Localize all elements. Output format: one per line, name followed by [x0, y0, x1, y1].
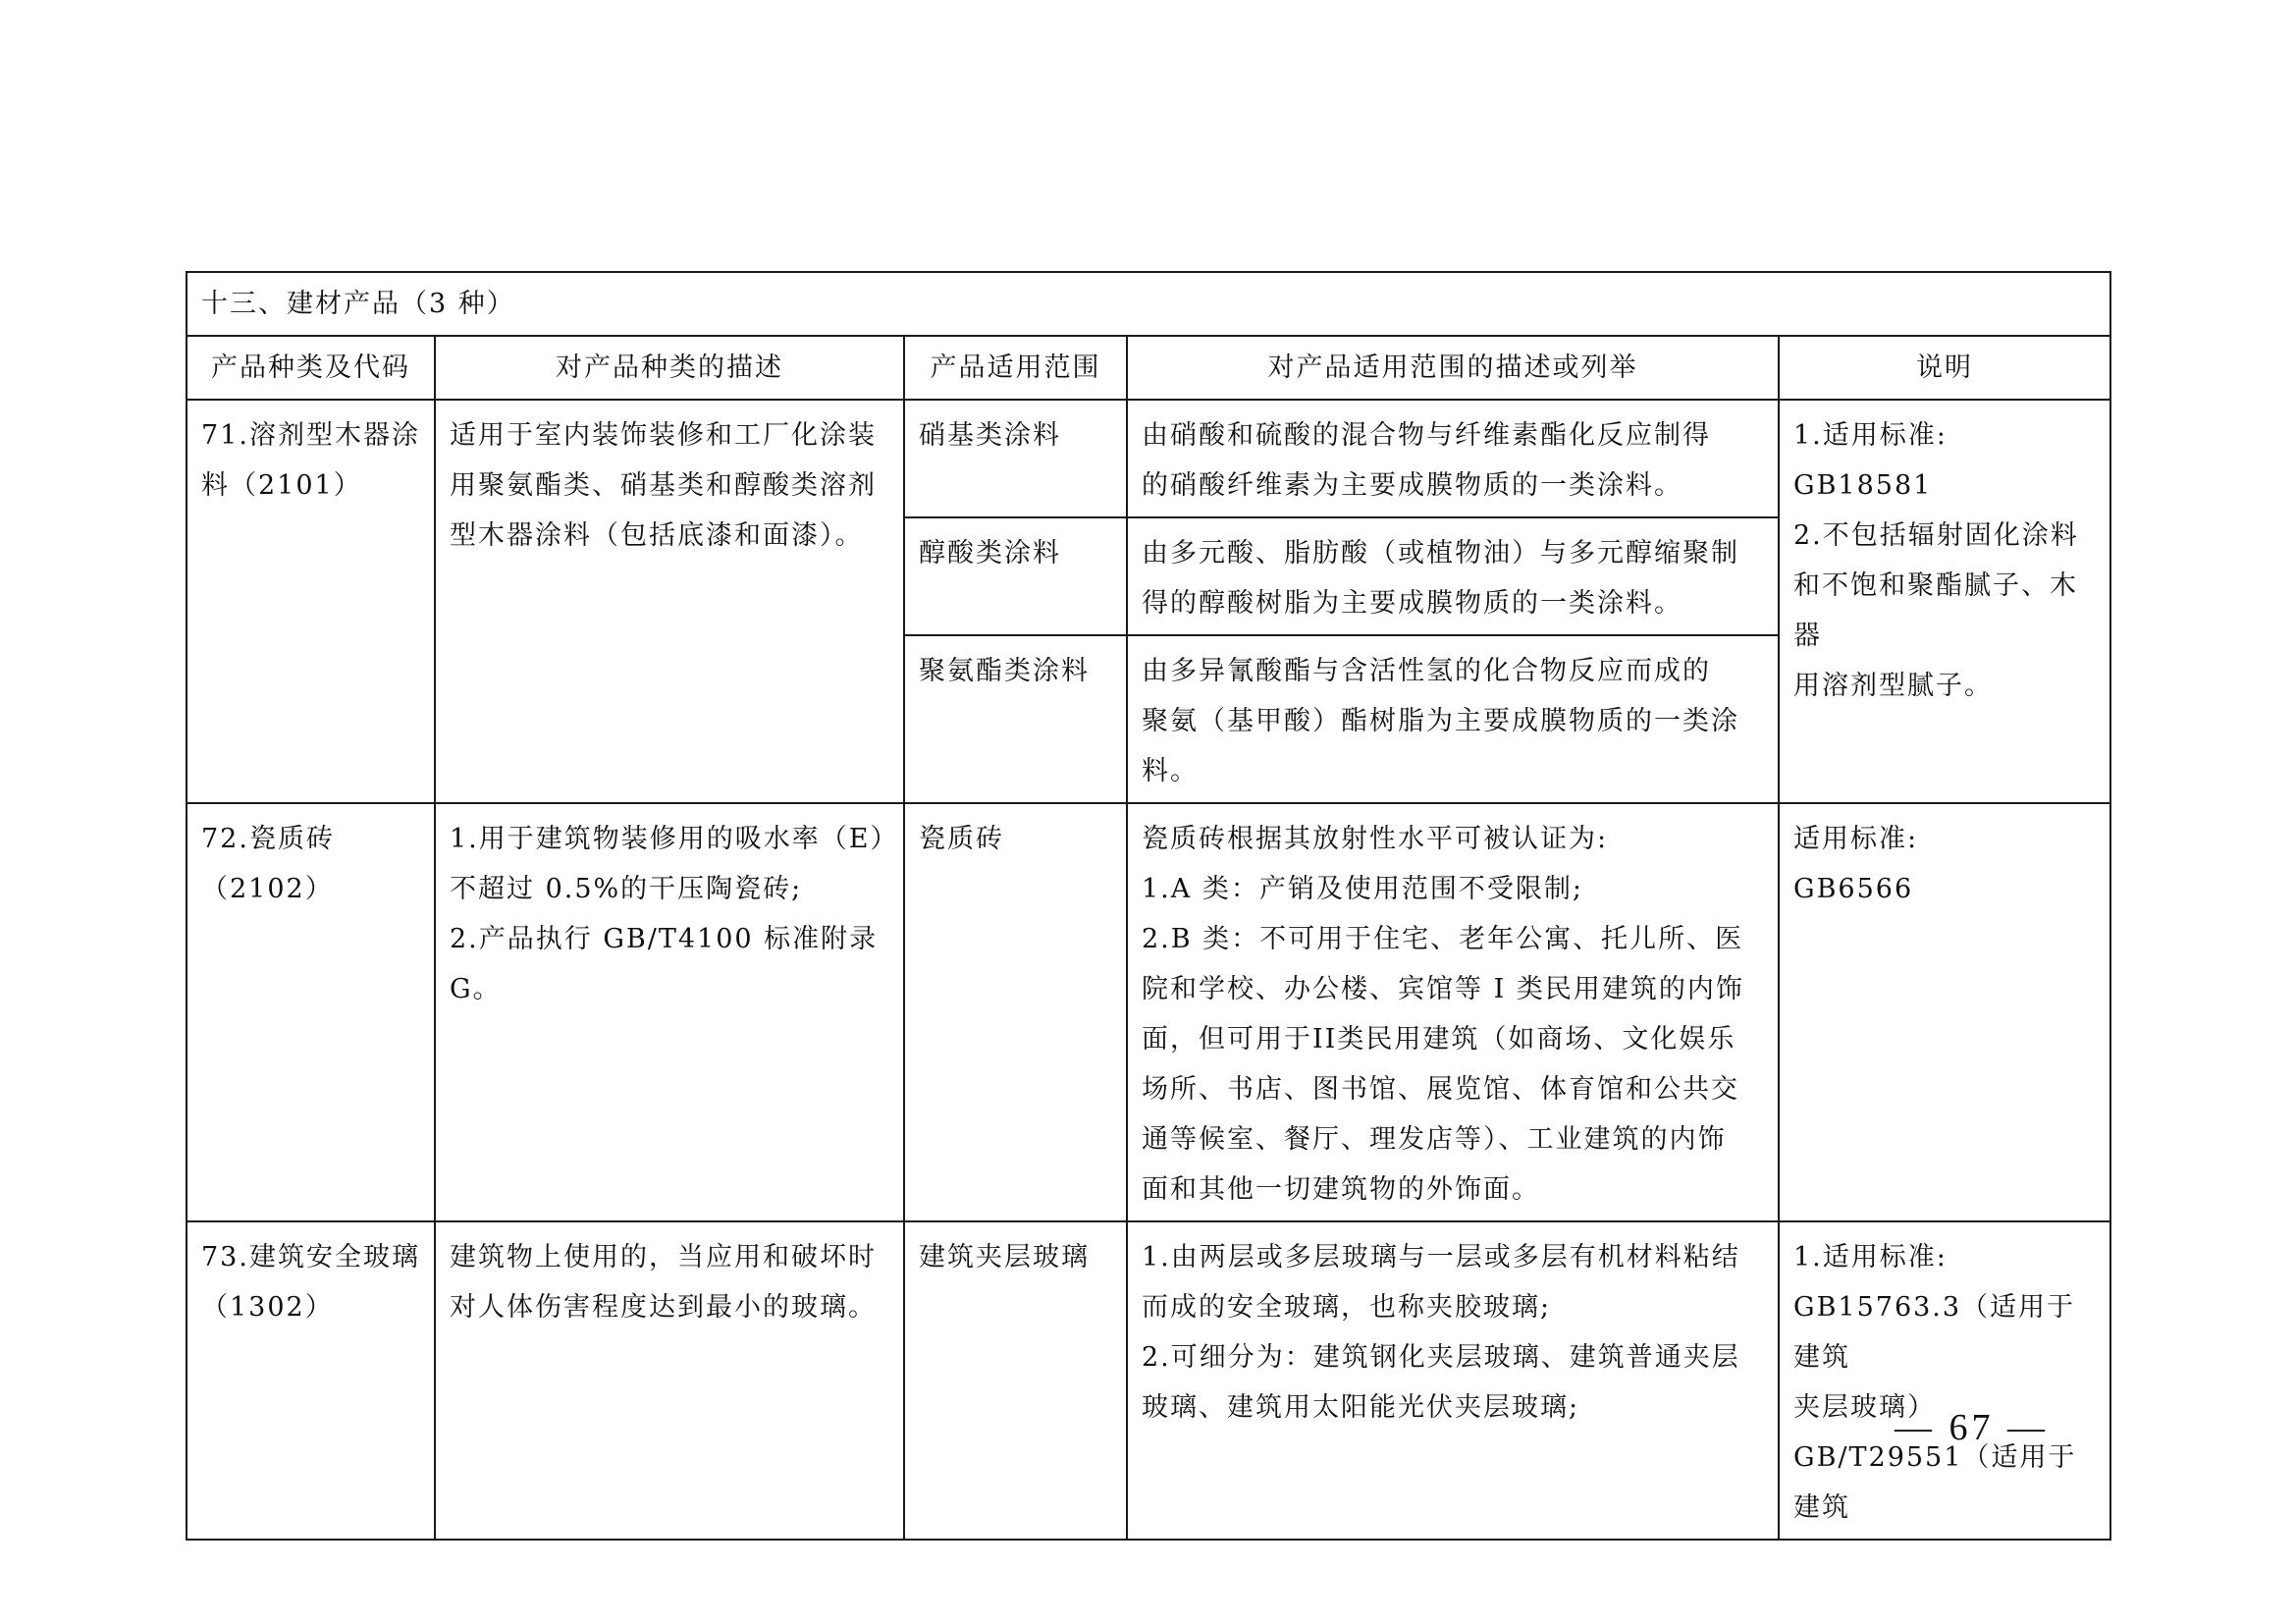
category-desc-cell: 适用于室内装饰装修和工厂化涂装 用聚氨酯类、硝基类和醇酸类溶剂 型木器涂料（包括…	[435, 400, 904, 803]
category-desc-line: 不超过 0.5%的干压陶瓷砖;	[450, 864, 889, 914]
scope-desc-line: 2.B 类：不可用于住宅、老年公寓、托儿所、医	[1142, 914, 1764, 964]
notes-line: GB15763.3（适用于建筑	[1793, 1282, 2096, 1382]
category-line: （1302）	[201, 1282, 420, 1332]
table-row: 72.瓷质砖（2102） 1.用于建筑物装修用的吸水率（E） 不超过 0.5%的…	[187, 803, 2110, 1221]
page-number: — 67 —	[1895, 1406, 2049, 1449]
notes-cell: 1.适用标准: GB15763.3（适用于建筑 夹层玻璃） GB/T29551（…	[1779, 1221, 2110, 1540]
header-category-code: 产品种类及代码	[187, 336, 435, 400]
scope-desc-cell: 瓷质砖根据其放射性水平可被认证为: 1.A 类：产销及使用范围不受限制; 2.B…	[1127, 803, 1779, 1221]
table-row: 71.溶剂型木器涂 料（2101） 适用于室内装饰装修和工厂化涂装 用聚氨酯类、…	[187, 400, 2110, 517]
notes-line: 用溶剂型腻子。	[1793, 661, 2096, 711]
scope-desc-line: 瓷质砖根据其放射性水平可被认证为:	[1142, 814, 1764, 864]
scope-desc-line: 玻璃、建筑用太阳能光伏夹层玻璃;	[1142, 1382, 1764, 1433]
category-line: 73.建筑安全玻璃	[201, 1232, 420, 1282]
category-desc-line: 适用于室内装饰装修和工厂化涂装	[450, 410, 889, 460]
category-cell: 71.溶剂型木器涂 料（2101）	[187, 400, 435, 803]
scope-desc-line: 由硝酸和硫酸的混合物与纤维素酯化反应制得	[1142, 410, 1764, 460]
scope-cell: 建筑夹层玻璃	[904, 1221, 1127, 1540]
header-scope: 产品适用范围	[904, 336, 1127, 400]
scope-desc-cell: 由多元酸、脂肪酸（或植物油）与多元醇缩聚制 得的醇酸树脂为主要成膜物质的一类涂料…	[1127, 517, 1779, 635]
scope-desc-line: 由多元酸、脂肪酸（或植物油）与多元醇缩聚制	[1142, 528, 1764, 578]
notes-line: GB6566	[1793, 864, 2096, 914]
scope-desc-line: 由多异氰酸酯与含活性氢的化合物反应而成的	[1142, 646, 1764, 696]
scope-desc-line: 料。	[1142, 746, 1764, 796]
header-row: 产品种类及代码 对产品种类的描述 产品适用范围 对产品适用范围的描述或列举 说明	[187, 336, 2110, 400]
scope-desc-line: 场所、书店、图书馆、展览馆、体育馆和公共交	[1142, 1064, 1764, 1114]
category-line: 料（2101）	[201, 460, 420, 511]
table-row: 73.建筑安全玻璃 （1302） 建筑物上使用的，当应用和破坏时 对人体伤害程度…	[187, 1221, 2110, 1540]
scope-desc-cell: 由硝酸和硫酸的混合物与纤维素酯化反应制得 的硝酸纤维素为主要成膜物质的一类涂料。	[1127, 400, 1779, 517]
category-desc-cell: 建筑物上使用的，当应用和破坏时 对人体伤害程度达到最小的玻璃。	[435, 1221, 904, 1540]
scope-desc-line: 通等候室、餐厅、理发店等）、工业建筑的内饰	[1142, 1114, 1764, 1164]
section-title: 十三、建材产品（3 种）	[187, 272, 2110, 336]
scope-cell: 醇酸类涂料	[904, 517, 1127, 635]
scope-cell: 硝基类涂料	[904, 400, 1127, 517]
notes-line: 和不饱和聚酯腻子、木器	[1793, 561, 2096, 661]
scope-cell: 瓷质砖	[904, 803, 1127, 1221]
scope-desc-line: 的硝酸纤维素为主要成膜物质的一类涂料。	[1142, 460, 1764, 511]
scope-desc-line: 面和其他一切建筑物的外饰面。	[1142, 1164, 1764, 1215]
notes-line: 1.适用标准:	[1793, 1232, 2096, 1282]
category-desc-line: 2.产品执行 GB/T4100 标准附录 G。	[450, 914, 889, 1014]
category-cell: 72.瓷质砖（2102）	[187, 803, 435, 1221]
scope-desc-line: 1.A 类：产销及使用范围不受限制;	[1142, 864, 1764, 914]
scope-desc-line: 得的醇酸树脂为主要成膜物质的一类涂料。	[1142, 578, 1764, 628]
scope-desc-line: 1.由两层或多层玻璃与一层或多层有机材料粘结	[1142, 1232, 1764, 1282]
category-desc-line: 用聚氨酯类、硝基类和醇酸类溶剂	[450, 460, 889, 511]
scope-desc-line: 而成的安全玻璃，也称夹胶玻璃;	[1142, 1282, 1764, 1332]
scope-desc-line: 面，但可用于II类民用建筑（如商场、文化娱乐	[1142, 1014, 1764, 1064]
scope-desc-cell: 1.由两层或多层玻璃与一层或多层有机材料粘结 而成的安全玻璃，也称夹胶玻璃; 2…	[1127, 1221, 1779, 1540]
notes-cell: 1.适用标准: GB18581 2.不包括辐射固化涂料 和不饱和聚酯腻子、木器 …	[1779, 400, 2110, 803]
notes-cell: 适用标准: GB6566	[1779, 803, 2110, 1221]
notes-line: 适用标准:	[1793, 814, 2096, 864]
category-desc-line: 建筑物上使用的，当应用和破坏时	[450, 1232, 889, 1282]
notes-line: GB18581	[1793, 460, 2096, 511]
scope-desc-line: 院和学校、办公楼、宾馆等 I 类民用建筑的内饰	[1142, 964, 1764, 1014]
product-catalog-table: 十三、建材产品（3 种） 产品种类及代码 对产品种类的描述 产品适用范围 对产品…	[186, 271, 2111, 1541]
scope-desc-line: 聚氨（基甲酸）酯树脂为主要成膜物质的一类涂	[1142, 696, 1764, 746]
category-desc-cell: 1.用于建筑物装修用的吸水率（E） 不超过 0.5%的干压陶瓷砖; 2.产品执行…	[435, 803, 904, 1221]
header-notes: 说明	[1779, 336, 2110, 400]
notes-line: 1.适用标准:	[1793, 410, 2096, 460]
header-scope-desc: 对产品适用范围的描述或列举	[1127, 336, 1779, 400]
scope-desc-cell: 由多异氰酸酯与含活性氢的化合物反应而成的 聚氨（基甲酸）酯树脂为主要成膜物质的一…	[1127, 635, 1779, 803]
category-desc-line: 对人体伤害程度达到最小的玻璃。	[450, 1282, 889, 1332]
category-desc-line: 型木器涂料（包括底漆和面漆）。	[450, 511, 889, 561]
category-line: 72.瓷质砖（2102）	[201, 814, 420, 914]
notes-line: 2.不包括辐射固化涂料	[1793, 511, 2096, 561]
header-category-desc: 对产品种类的描述	[435, 336, 904, 400]
category-cell: 73.建筑安全玻璃 （1302）	[187, 1221, 435, 1540]
category-line: 71.溶剂型木器涂	[201, 410, 420, 460]
category-desc-line: 1.用于建筑物装修用的吸水率（E）	[450, 814, 889, 864]
scope-desc-line: 2.可细分为：建筑钢化夹层玻璃、建筑普通夹层	[1142, 1332, 1764, 1382]
section-title-row: 十三、建材产品（3 种）	[187, 272, 2110, 336]
scope-cell: 聚氨酯类涂料	[904, 635, 1127, 803]
